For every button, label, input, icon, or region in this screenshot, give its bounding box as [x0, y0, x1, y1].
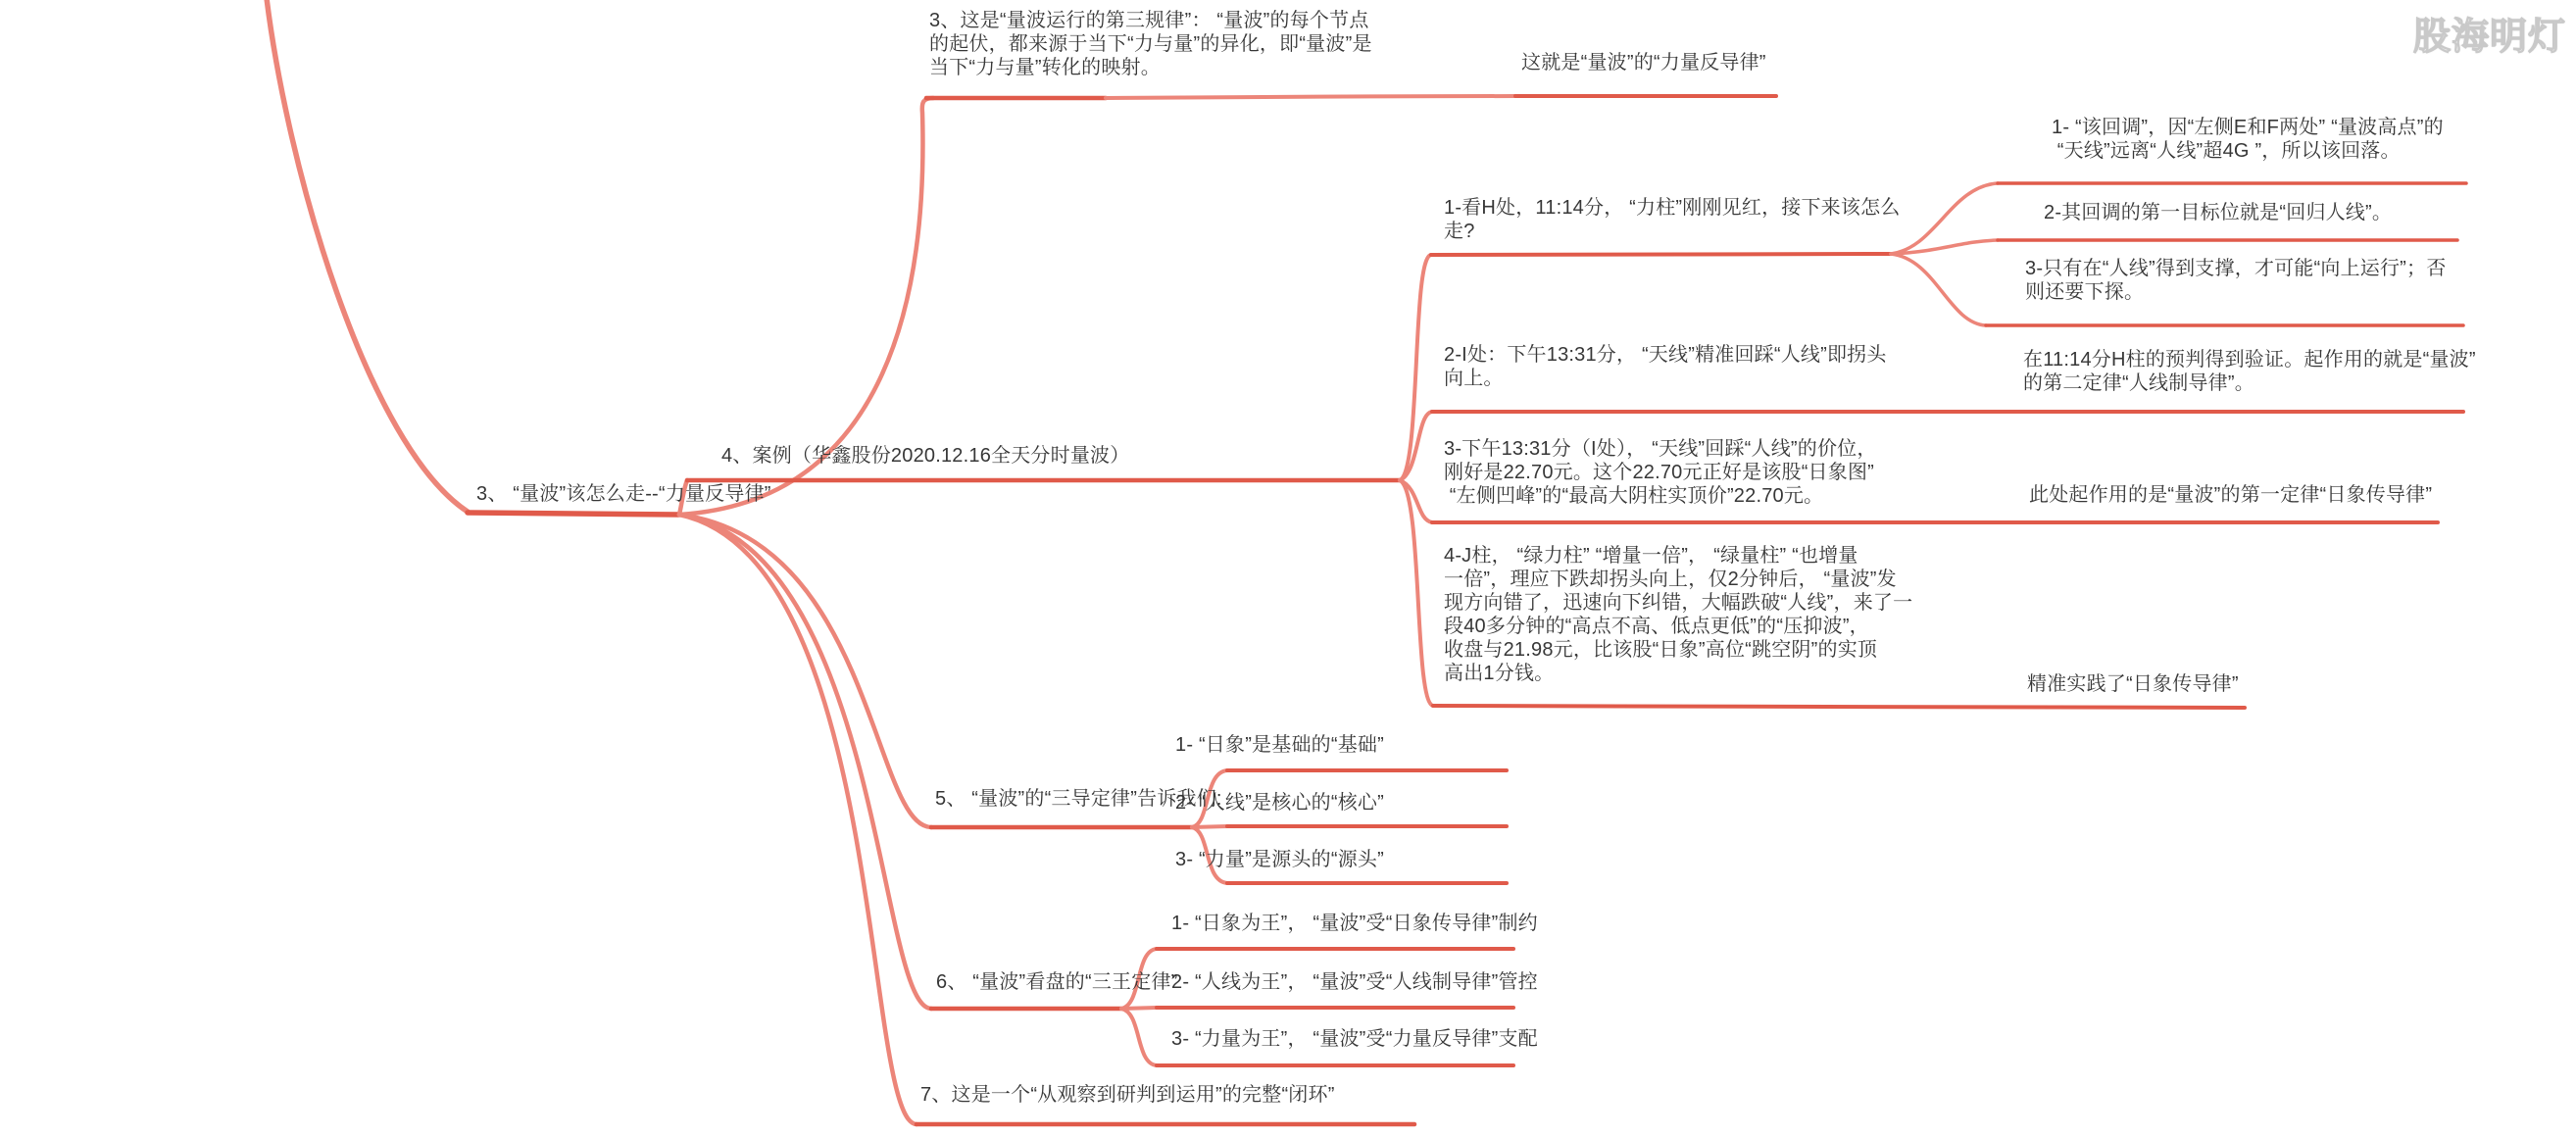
topic-kings-2[interactable]: 2- “人线为王”， “量波”受“人线制导律”管控	[1171, 970, 1538, 994]
topic-case-i[interactable]: 2-I处：下午13:31分， “天线”精准回踩“人线”即拐头 向上。	[1444, 343, 1887, 390]
topic-rule3-summary[interactable]: 这就是“量波”的“力量反导律”	[1521, 51, 1766, 74]
connector-rule3-to-summary	[1106, 96, 1515, 98]
topic-main[interactable]: 3、 “量波”该怎么走--“力量反导律”	[476, 482, 771, 506]
topic-kings-3[interactable]: 3- “力量为王”， “量波”受“力量反导律”支配	[1171, 1027, 1538, 1051]
topic-laws-1[interactable]: 1- “日象”是基础的“基础”	[1175, 733, 1384, 757]
underline-main	[468, 513, 679, 515]
topic-q1-answer1[interactable]: 1- “该回调”，因“左侧E和F两处” “量波高点”的 “天线”远离“人线”超4…	[2052, 116, 2444, 163]
connector-q1-to-a2	[1891, 240, 1998, 254]
underline-case-j-and-note	[1433, 706, 2245, 708]
connector-q1-to-a1	[1891, 183, 1998, 254]
connector-laws-to-2	[1192, 826, 1227, 827]
connector-case-to-j	[1400, 480, 1433, 706]
underline-case-q1	[1431, 254, 1891, 255]
topic-q1-answer3[interactable]: 3-只有在“人线”得到支撑，才可能“向上运行”；否 则还要下探。	[2025, 257, 2446, 304]
connector-q1-to-a3	[1891, 254, 1986, 325]
mindmap-canvas: 3、这是“量波运行的第三规律”： “量波”的每个节点 的起伏，都来源于当下“力与…	[0, 0, 2576, 1137]
topic-case-price[interactable]: 3-下午13:31分（I处）， “天线”回踩“人线”的价位， 刚好是22.70元…	[1444, 437, 1877, 508]
topic-case-j[interactable]: 4-J柱， “绿力柱” “增量一倍”， “绿量柱” “也增量 一倍”，理应下跌却…	[1444, 544, 1912, 685]
topic-loop[interactable]: 7、这是一个“从观察到研判到运用”的完整“闭环”	[920, 1083, 1335, 1107]
topic-rule3[interactable]: 3、这是“量波运行的第三规律”： “量波”的每个节点 的起伏，都来源于当下“力与…	[929, 9, 1372, 79]
connector-root-to-main	[266, 0, 468, 512]
topic-laws-3[interactable]: 3- “力量”是源头的“源头”	[1175, 848, 1384, 871]
connector-kings-to-3	[1121, 1009, 1157, 1065]
topic-i-note[interactable]: 在11:14分H柱的预判得到验证。起作用的就是“量波” 的第二定律“人线制导律”…	[2023, 348, 2476, 395]
branch-lines	[0, 0, 2576, 1137]
topic-q1-answer2[interactable]: 2-其回调的第一目标位就是“回归人线”。	[2044, 201, 2392, 224]
topic-j-note[interactable]: 精准实践了“日象传导律”	[2027, 672, 2239, 696]
watermark: 股海明灯	[2413, 6, 2566, 60]
topic-kings[interactable]: 6、 “量波”看盘的“三王定律”	[936, 970, 1178, 994]
connector-main-to-laws	[679, 515, 931, 827]
topic-case[interactable]: 4、案例（华鑫股份2020.12.16全天分时量波）	[721, 444, 1129, 468]
topic-price-note[interactable]: 此处起作用的是“量波”的第一定律“日象传导律”	[2029, 483, 2432, 507]
topic-kings-1[interactable]: 1- “日象为王”， “量波”受“日象传导律”制约	[1171, 912, 1538, 935]
topic-laws-2[interactable]: 2- “人线”是核心的“核心”	[1175, 791, 1384, 815]
topic-case-q1[interactable]: 1-看H处，11:14分， “力柱”刚刚见红，接下来该怎么 走?	[1444, 196, 1900, 243]
connector-kings-to-2	[1121, 1008, 1157, 1009]
